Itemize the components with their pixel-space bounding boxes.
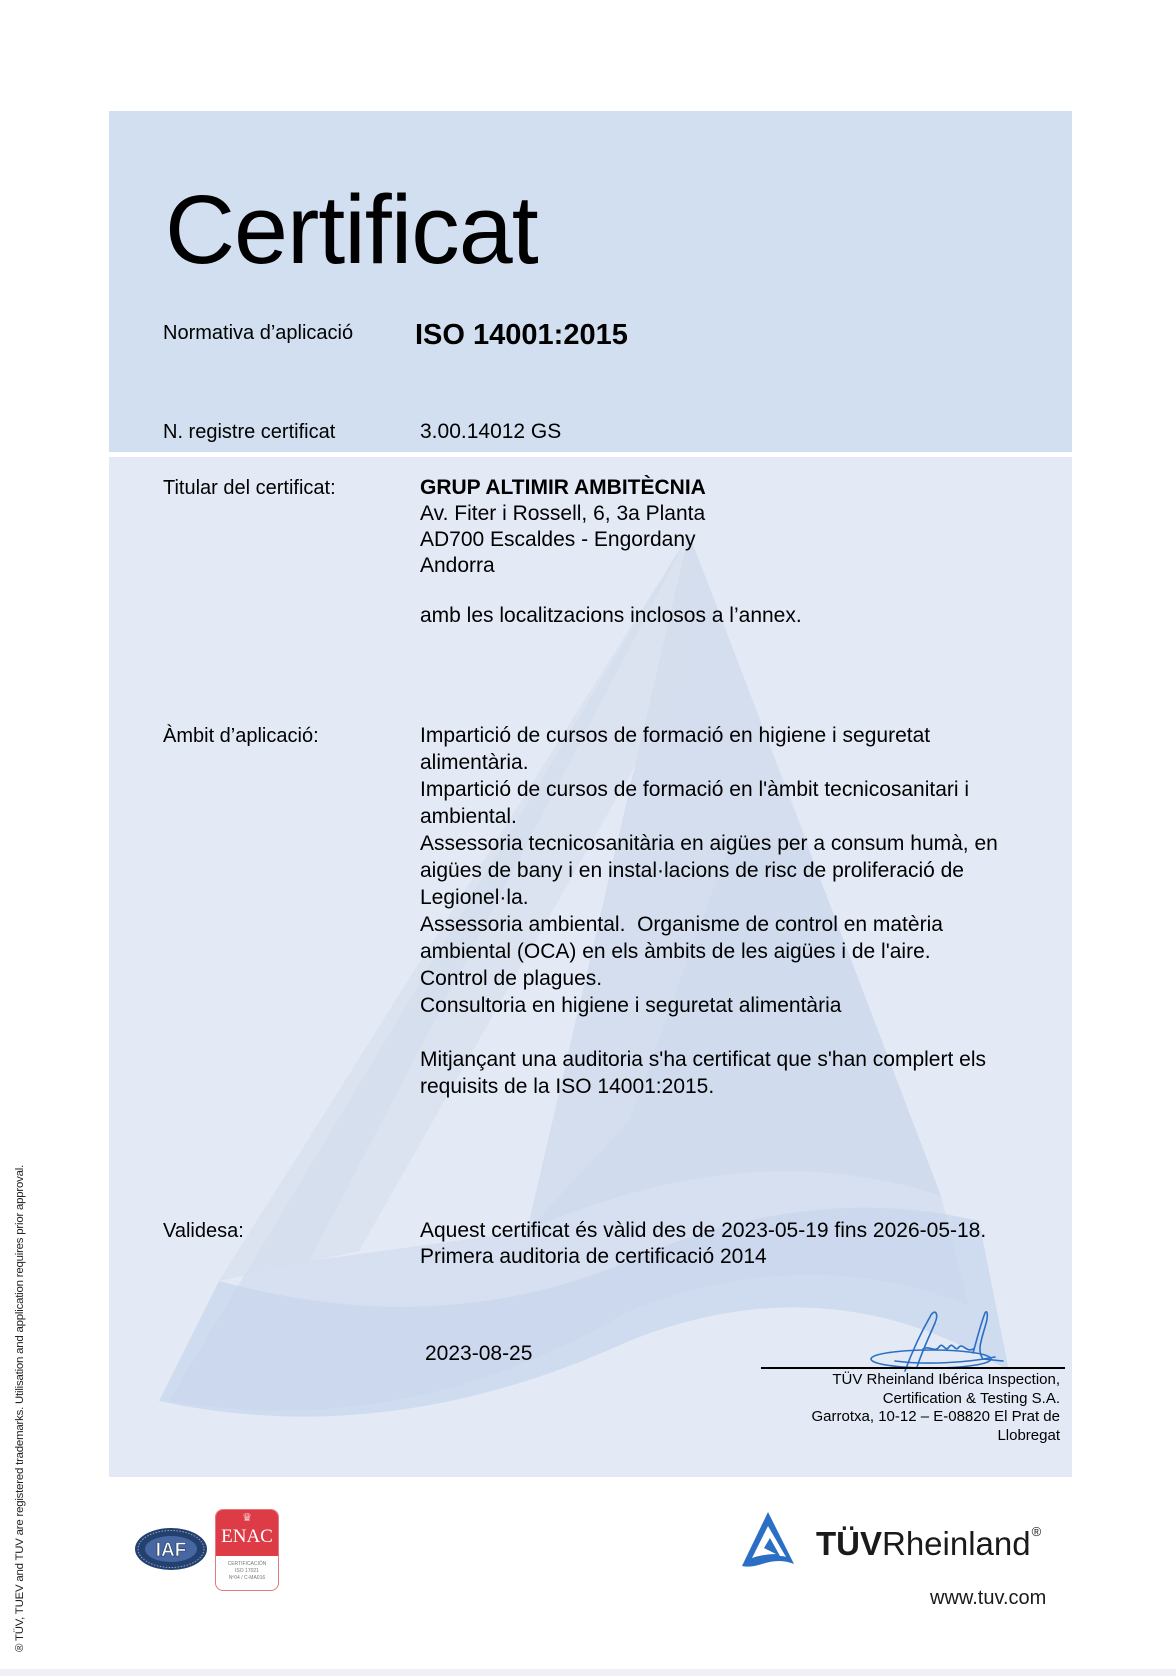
holder-address-line: Andorra [420, 553, 802, 579]
registered-mark: ® [1032, 1524, 1042, 1539]
first-audit: Primera auditoria de certificació 2014 [420, 1244, 986, 1270]
issuer-line: Certification & Testing S.A. [812, 1390, 1060, 1409]
signature-icon [865, 1309, 1005, 1373]
tuv-triangle-logo-icon [740, 1510, 796, 1568]
tuv-rheinland-wordmark: TÜVRheinland® [816, 1527, 1041, 1560]
issuer-block: TÜV Rheinland Ibérica Inspection, Certif… [812, 1371, 1060, 1445]
scope-line: Assessoria ambiental. Organisme de contr… [420, 911, 998, 938]
issuer-line: Llobregat [812, 1427, 1060, 1446]
issuer-line: TÜV Rheinland Ibérica Inspection, [812, 1371, 1060, 1390]
svg-text:IAF: IAF [156, 1540, 187, 1561]
registration-number: 3.00.14012 GS [420, 419, 561, 445]
scope-line: Legionel·la. [420, 884, 998, 911]
enac-subtext: CERTIFICACIÓN [216, 1561, 278, 1568]
enac-subtext: ISO 17021 [216, 1568, 278, 1575]
registration-label: N. registre certificat [163, 419, 335, 445]
issue-date: 2023-08-25 [425, 1341, 532, 1367]
enac-logo-text: ENAC [216, 1526, 278, 1548]
enac-logo: ♛ ENAC CERTIFICACIÓN ISO 17021 Nº04 / C-… [215, 1509, 279, 1591]
certificate-panel: Certificat Normativa d’aplicació ISO 140… [109, 111, 1072, 1477]
audit-statement-line: requisits de la ISO 14001:2015. [420, 1073, 998, 1100]
brand-bold: TÜV [816, 1525, 882, 1562]
scope-line: aigües de bany i en instal·lacions de ri… [420, 857, 998, 884]
enac-subtext: Nº04 / C-MA016 [216, 1575, 278, 1582]
holder-address-line: Av. Fiter i Rossell, 6, 3a Planta [420, 501, 802, 527]
signature-line [761, 1367, 1065, 1369]
scope-line: ambiental (OCA) en els àmbits de les aig… [420, 938, 998, 965]
validity-block: Aquest certificat és vàlid des de 2023-0… [420, 1218, 986, 1270]
scope-line: ambiental. [420, 803, 998, 830]
trademark-note: ® TÜV, TUEV and TUV are registered trade… [14, 1165, 26, 1652]
brand-regular: Rheinland [882, 1525, 1031, 1562]
validity-period: Aquest certificat és vàlid des de 2023-0… [420, 1218, 986, 1244]
page-bottom-strip [0, 1669, 1176, 1676]
scope-line: alimentària. [420, 749, 998, 776]
website-link[interactable]: www.tuv.com [930, 1587, 1046, 1610]
audit-statement-line: Mitjançant una auditoria s'ha certificat… [420, 1046, 998, 1073]
issuer-line: Garrotxa, 10-12 – E-08820 El Prat de [812, 1408, 1060, 1427]
holder-label: Titular del certificat: [163, 475, 336, 501]
validity-label: Validesa: [163, 1218, 244, 1244]
certificate-title: Certificat [165, 181, 538, 278]
holder-locations-note: amb les localitzacions inclosos a l’anne… [420, 603, 802, 629]
scope-line: Control de plagues. [420, 965, 998, 992]
scope-line: Assessoria tecnicosanitària en aigües pe… [420, 830, 998, 857]
scope-line: Impartició de cursos de formació en higi… [420, 722, 998, 749]
crown-icon: ♛ [216, 1510, 278, 1526]
holder-block: GRUP ALTIMIR AMBITÈCNIA Av. Fiter i Ross… [420, 475, 802, 629]
standard-value: ISO 14001:2015 [415, 319, 628, 351]
scope-block: Impartició de cursos de formació en higi… [420, 722, 998, 1100]
standard-label: Normativa d’aplicació [163, 320, 353, 346]
scope-line: Impartició de cursos de formació en l'àm… [420, 776, 998, 803]
holder-name: GRUP ALTIMIR AMBITÈCNIA [420, 475, 802, 501]
holder-address-line: AD700 Escaldes - Engordany [420, 527, 802, 553]
scope-label: Àmbit d’aplicació: [163, 723, 319, 749]
scope-line: Consultoria en higiene i seguretat alime… [420, 992, 998, 1019]
iaf-logo-icon: IAF [134, 1527, 208, 1571]
